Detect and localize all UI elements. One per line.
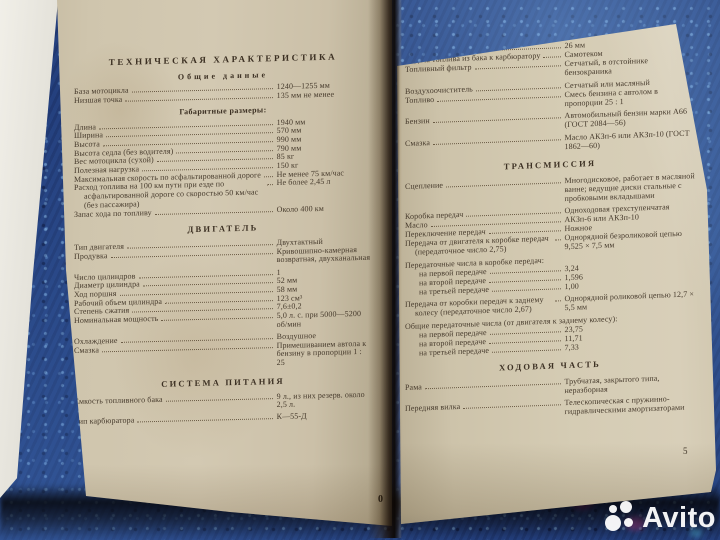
spec-value: Многодисковое, работает в масляной ванне…	[565, 171, 696, 203]
avito-watermark: Avito	[605, 501, 716, 535]
spec-value: Кривошипно-камерная возвратная, двухкана…	[277, 245, 372, 265]
spec-value: Около 400 км	[277, 203, 372, 214]
spec-label: Расход топлива на 100 км пути при езде п…	[74, 180, 264, 211]
spec-label: Смазка	[405, 138, 430, 148]
spec-row: Емкость топливного бака9 л., из них резе…	[74, 390, 372, 415]
left-page-text: ТЕХНИЧЕСКАЯ ХАРАКТЕРИСТИКАОбщие данныеБа…	[74, 51, 372, 427]
spec-label: Топливный фильтр	[405, 63, 472, 74]
dot-leader	[543, 56, 560, 58]
spec-value: Трубчатая, закрытого типа, неразборная	[565, 372, 696, 395]
spec-label: Бензин	[405, 116, 430, 126]
dot-leader	[433, 139, 561, 145]
spec-label: Диаметр диффузора	[405, 44, 475, 56]
spec-value: Автомобильный бензин марки А66 (ГОСТ 208…	[565, 106, 696, 129]
dot-leader	[425, 383, 561, 389]
spec-label: Топливо	[405, 94, 434, 104]
loose-page-edge	[0, 0, 62, 498]
dot-leader	[161, 317, 272, 321]
dot-leader	[111, 253, 273, 258]
dot-leader	[555, 239, 561, 240]
dot-leader	[264, 176, 273, 177]
spec-label: Передача от коробки передач к заднему ко…	[405, 295, 552, 318]
right-page: Диаметр диффузора26 ммПодача топлива из …	[385, 0, 720, 540]
stray-mark: 0	[378, 494, 383, 505]
spec-label: Продувка	[74, 252, 108, 262]
spec-value: 135 мм не менее	[277, 90, 372, 101]
spec-label: Передняя вилка	[405, 402, 460, 413]
spec-value: 5,0 л. с. при 5000—5200 об/мин	[277, 310, 372, 330]
dot-leader	[437, 96, 560, 102]
dot-leader	[475, 65, 561, 69]
right-page-text: Диаметр диффузора26 ммПодача топлива из …	[405, 35, 695, 422]
section-heading: СИСТЕМА ПИТАНИЯ	[74, 375, 372, 391]
dot-leader	[267, 185, 273, 186]
dot-leader	[176, 150, 272, 153]
spec-label: Тип карбюратора	[74, 417, 134, 427]
spec-label: Смазка	[74, 346, 99, 355]
spec-value: Не более 2,45 л	[277, 177, 372, 188]
spec-value: 9 л., из них резерв. около 2,5 л.	[277, 390, 372, 410]
section-heading: ДВИГАТЕЛЬ	[74, 221, 372, 237]
dot-leader	[165, 300, 273, 304]
dot-leader	[102, 347, 273, 352]
spec-value: Сетчатый, в отстойнике бензокраника	[565, 54, 696, 77]
spec-label: Запас хода по топливу	[74, 209, 152, 220]
dot-leader	[555, 300, 561, 301]
avito-watermark-text: Avito	[642, 504, 716, 533]
book-gutter	[368, 0, 402, 538]
spec-label: Емкость топливного бака	[74, 395, 163, 406]
dot-leader	[446, 182, 560, 187]
dot-leader	[155, 211, 273, 215]
spec-value: Примешиванием автола к бензину в пропорц…	[277, 339, 372, 367]
spec-label: Номинальная мощность	[74, 315, 158, 326]
dot-leader	[166, 398, 273, 402]
page-number-left: 4	[70, 472, 75, 482]
dot-leader	[125, 97, 272, 102]
avito-logo-icon	[605, 501, 639, 535]
photo-of-open-book: ТЕХНИЧЕСКАЯ ХАРАКТЕРИСТИКАОбщие данныеБа…	[0, 0, 720, 540]
page-number-right: 5	[683, 446, 688, 456]
spec-label: на третьей передаче	[405, 284, 489, 296]
dot-leader	[492, 288, 560, 292]
dot-leader	[433, 117, 561, 123]
spec-label: на третьей передаче	[405, 345, 489, 357]
spec-value: Однорядной роликовой цепью 12,7 × 5,5 мм	[565, 289, 696, 312]
left-page: ТЕХНИЧЕСКАЯ ХАРАКТЕРИСТИКАОбщие данныеБа…	[0, 0, 392, 540]
spec-value: Масло АКЗп-6 или АКЗп-10 (ГОСТ 1862—60)	[565, 128, 696, 151]
spec-label: Низшая точка	[74, 96, 122, 106]
dot-leader	[492, 349, 560, 353]
dot-leader	[463, 404, 560, 409]
spec-value: Однорядной безроликовой цепью 9,525 × 7,…	[565, 228, 696, 251]
spec-label: Рама	[405, 382, 422, 392]
spec-value: Смесь бензина с автолом в пропорции 25 :…	[565, 85, 696, 108]
spec-value: Телескопическая с пружинно-гидравлически…	[565, 393, 696, 416]
spec-value: К—55-Д	[277, 411, 372, 422]
spec-label: Сцепление	[405, 180, 443, 190]
dot-leader	[137, 419, 272, 423]
